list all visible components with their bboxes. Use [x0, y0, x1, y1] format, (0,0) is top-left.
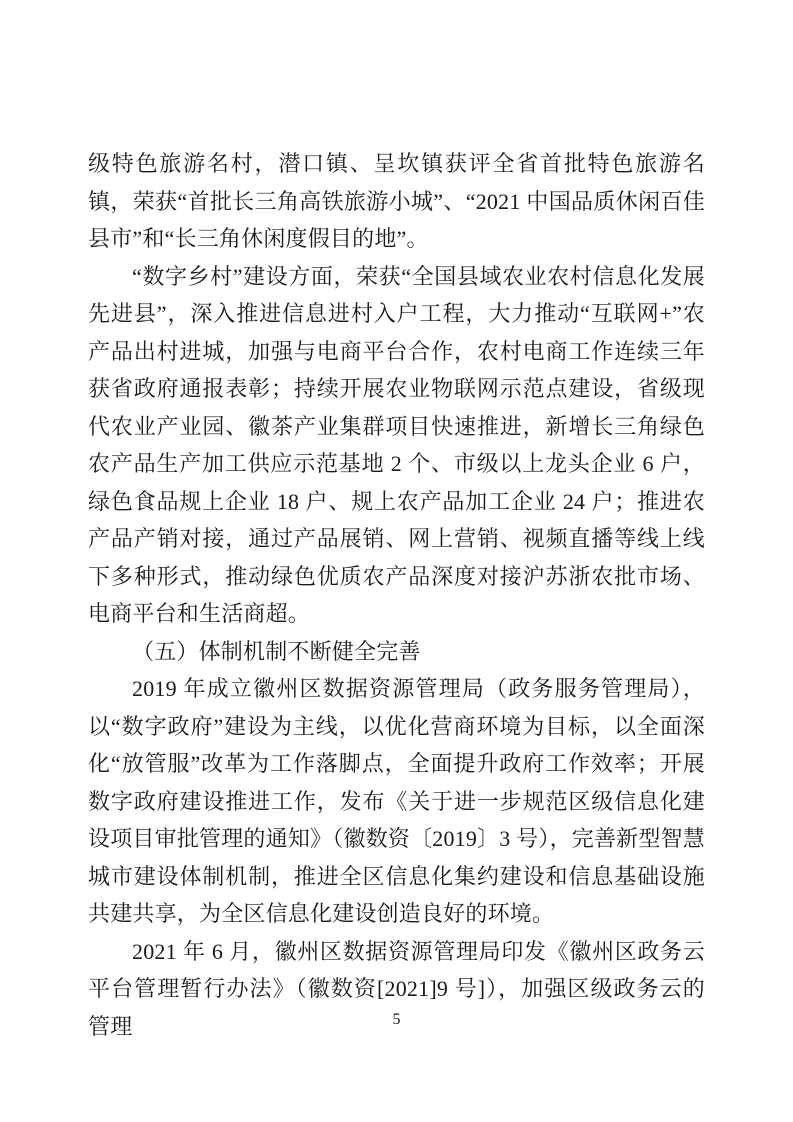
section-heading-institutional-mechanism: （五）体制机制不断健全完善: [88, 633, 705, 671]
paragraph-tourism-towns: 级特色旅游名村，潜口镇、呈坎镇获评全省首批特色旅游名镇，荣获“首批长三角高铁旅游…: [88, 145, 705, 258]
paragraph-2019-data-resource-bureau: 2019 年成立徽州区数据资源管理局（政务服务管理局），以“数字政府”建设为主线…: [88, 670, 705, 933]
page-number: 5: [0, 1010, 793, 1030]
paragraph-digital-village: “数字乡村”建设方面，荣获“全国县域农业农村信息化发展先进县”，深入推进信息进村…: [88, 258, 705, 633]
page-content: 级特色旅游名村，潜口镇、呈坎镇获评全省首批特色旅游名镇，荣获“首批长三角高铁旅游…: [88, 145, 705, 1045]
document-page: 级特色旅游名村，潜口镇、呈坎镇获评全省首批特色旅游名镇，荣获“首批长三角高铁旅游…: [0, 0, 793, 1122]
